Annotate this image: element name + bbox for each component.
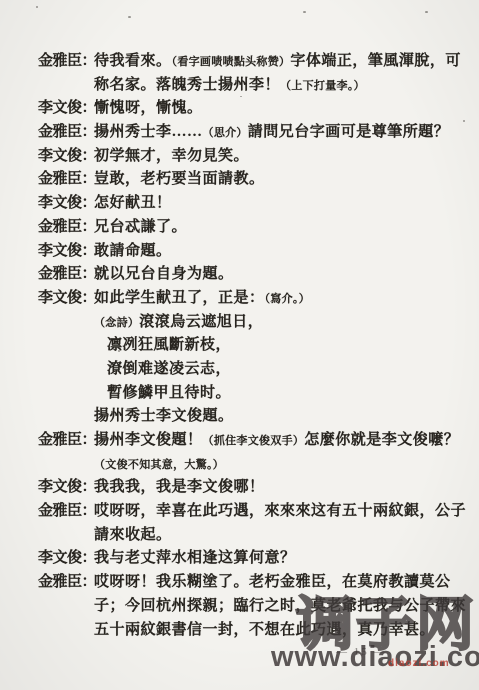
dialogue-text: 揚州秀士李…… [94,124,203,140]
script-line: 李文俊：初学無才，幸勿見笑。 [0,145,479,169]
dialogue-text: 兄台忒謙了。 [94,219,187,235]
page-number: — 15 — [336,646,387,658]
script-line: 李文俊：怎好献丑！ [0,192,479,216]
stage-direction: （思介） [203,127,248,139]
stage-direction: （看字画啧啧點头称赞） [172,56,291,68]
stage-direction: （寫介。） [265,293,311,305]
speaker-name: 李文俊： [38,240,94,264]
speaker-name: 李文俊： [38,287,94,311]
stage-direction: （抓住李文俊双手） [203,435,305,447]
stage-direction: （念詩） [94,317,139,329]
dialogue-text: 潦倒难遂凌云志， [107,361,231,377]
speaker-name: 李文俊： [38,192,94,216]
dialogue-text: 如此学生献丑了，正是： [94,290,265,306]
dialogue-text: 暫修鱗甲且待时。 [107,385,231,401]
stage-direction: （上下打量李。） [280,80,365,92]
dialogue-text: 豈敢，老朽要当面請教。 [94,171,265,187]
script-line: 子；今回杭州探親；臨行之时，莫老爺托我与公子帶來 [0,595,479,619]
scan-speck [303,11,306,13]
dialogue-text: 我我我，我是李文俊哪！ [94,479,265,495]
scan-speck [36,6,38,8]
script-line: 金雅臣：揚州秀士李……（思介）請問兄台字画可是尊筆所題？ [0,121,479,145]
speaker-name: 李文俊： [38,476,94,500]
stage-direction: （文俊不知其意，大驚。） [94,459,224,471]
dialogue-text: 揚州秀士李文俊題。 [94,408,234,424]
script-line: （文俊不知其意，大驚。） [0,453,479,477]
speaker-name: 金雅臣： [38,571,94,595]
dialogue-text: 敢請命題。 [94,243,172,259]
script-line: 李文俊：慚愧呀，慚愧。 [0,97,479,121]
script-line: 李文俊：如此学生献丑了，正是：（寫介。） [0,287,479,311]
dialogue-text: 初学無才，幸勿見笑。 [94,148,249,164]
script-line: 金雅臣：哎呀呀！我乐糊塗了。老朽金雅臣，在莫府教讀莫公 [0,571,479,595]
dialogue-text: 請問兄台字画可是尊筆所題？ [248,124,450,140]
scanned-script-page: 金雅臣：待我看來。（看字画啧啧點头称赞）字体端正，筆風渾脫，可称名家。落魄秀士揚… [0,0,479,690]
dialogue-text: 怎好献丑！ [94,195,172,211]
speaker-name: 金雅臣： [38,50,94,74]
speaker-name: 金雅臣： [38,500,94,524]
dialogue-text: 字体端正，筆風渾脫，可 [290,53,461,69]
script-line: 潦倒难遂凌云志， [0,358,479,382]
speaker-name: 李文俊： [38,97,94,121]
dialogue-text: 怎麼你就是李文俊嚒？ [304,432,459,448]
speaker-name: 金雅臣： [38,263,94,287]
dialogue-text: 待我看來。 [94,53,172,69]
speaker-name: 金雅臣： [38,216,94,240]
dialogue-text: 凛冽狂風斷新枝， [107,337,231,353]
script-line: 金雅臣：就以兄台自身为題。 [0,263,479,287]
script-line: 李文俊：我我我，我是李文俊哪！ [0,476,479,500]
script-line: 金雅臣：哎呀呀，幸喜在此巧遇，來來來这有五十兩紋銀，公子 [0,500,479,524]
script-line: 李文俊：敢請命題。 [0,240,479,264]
script-line: 暫修鱗甲且待时。 [0,382,479,406]
script-line: 凛冽狂風斷新枝， [0,334,479,358]
script-text: 金雅臣：待我看來。（看字画啧啧點头称赞）字体端正，筆風渾脫，可称名家。落魄秀士揚… [0,50,479,642]
script-line: 揚州秀士李文俊題。 [0,405,479,429]
dialogue-text: 滾滾烏云遮旭日， [139,314,263,330]
script-line: 請來收起。 [0,524,479,548]
scan-speck [128,16,131,18]
script-line: 五十兩紋銀書信一封，不想在此巧遇，真乃幸甚。 [0,619,479,643]
watermark-small-url: diaozi.com [388,658,450,669]
speaker-name: 金雅臣： [38,121,94,145]
dialogue-text: 揚州李文俊題！ [94,432,203,448]
dialogue-text: 我与老丈萍水相逢这算何意？ [94,550,296,566]
speaker-name: 金雅臣： [38,429,94,453]
script-line: 李文俊：我与老丈萍水相逢这算何意？ [0,547,479,571]
scan-speck [425,11,428,13]
dialogue-text: 就以兄台自身为題。 [94,266,234,282]
script-line: （念詩）滾滾烏云遮旭日， [0,311,479,335]
dialogue-text: 哎呀呀，幸喜在此巧遇，來來來这有五十兩紋銀，公子 [94,503,466,519]
dialogue-text: 称名家。落魄秀士揚州李！ [94,77,280,93]
script-line: 称名家。落魄秀士揚州李！（上下打量李。） [0,74,479,98]
script-line: 金雅臣：揚州李文俊題！（抓住李文俊双手）怎麼你就是李文俊嚒？ [0,429,479,453]
speaker-name: 金雅臣： [38,168,94,192]
dialogue-text: 慚愧呀，慚愧。 [94,100,203,116]
dialogue-text: 哎呀呀！我乐糊塗了。老朽金雅臣，在莫府教讀莫公 [94,574,451,590]
script-line: 金雅臣：豈敢，老朽要当面請教。 [0,168,479,192]
speaker-name: 李文俊： [38,145,94,169]
script-line: 金雅臣：兄台忒謙了。 [0,216,479,240]
dialogue-text: 五十兩紋銀書信一封，不想在此巧遇，真乃幸甚。 [94,622,435,638]
dialogue-text: 請來收起。 [94,527,172,543]
script-line: 金雅臣：待我看來。（看字画啧啧點头称赞）字体端正，筆風渾脫，可 [0,50,479,74]
dialogue-text: 子；今回杭州探親；臨行之时，莫老爺托我与公子帶來 [94,598,466,614]
speaker-name: 李文俊： [38,547,94,571]
